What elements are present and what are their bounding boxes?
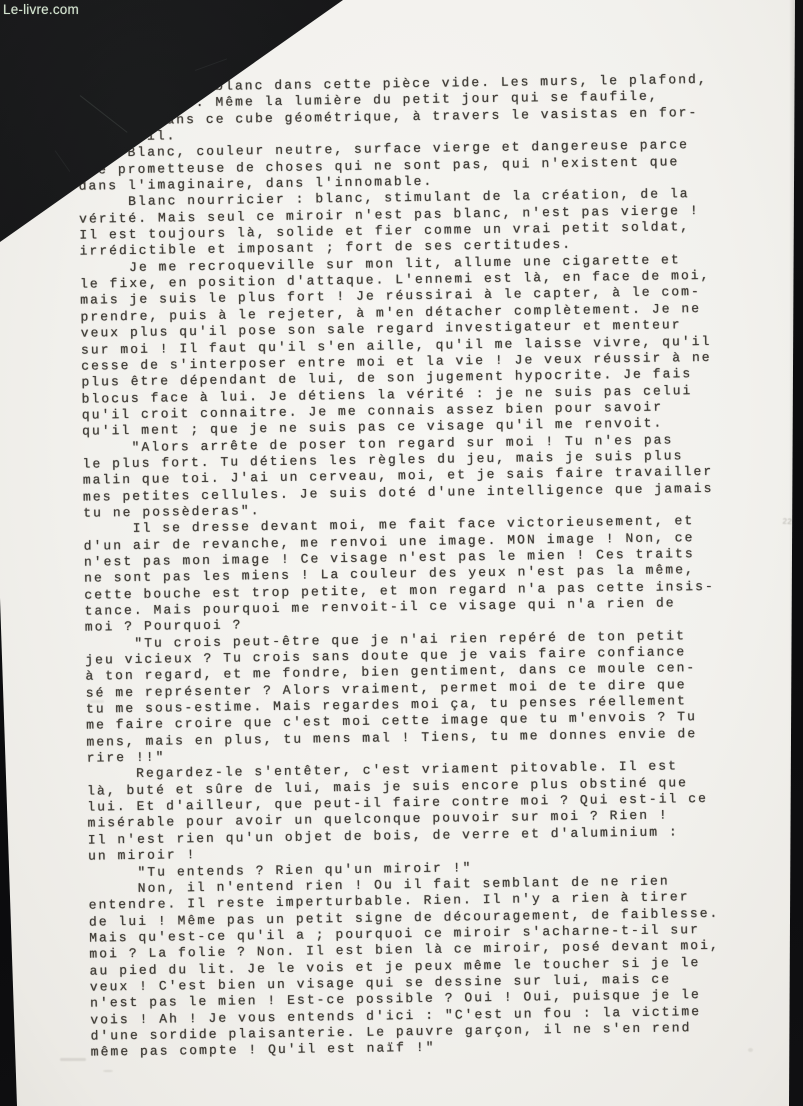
- scan-background: Tout est blanc dans cette pièce vide. Le…: [0, 0, 803, 1106]
- typewritten-text: Tout est blanc dans cette pièce vide. Le…: [77, 71, 751, 1061]
- scan-artifact: [103, 1070, 113, 1072]
- scan-scratch: [195, 58, 227, 71]
- watermark: Le-livre.com: [3, 2, 79, 17]
- scan-scratch: [55, 150, 71, 172]
- page-number-smudge: 22: [781, 518, 796, 539]
- scan-artifact: [60, 1058, 86, 1061]
- document-page: Tout est blanc dans cette pièce vide. Le…: [0, 0, 803, 1106]
- scan-scratch: [80, 95, 128, 133]
